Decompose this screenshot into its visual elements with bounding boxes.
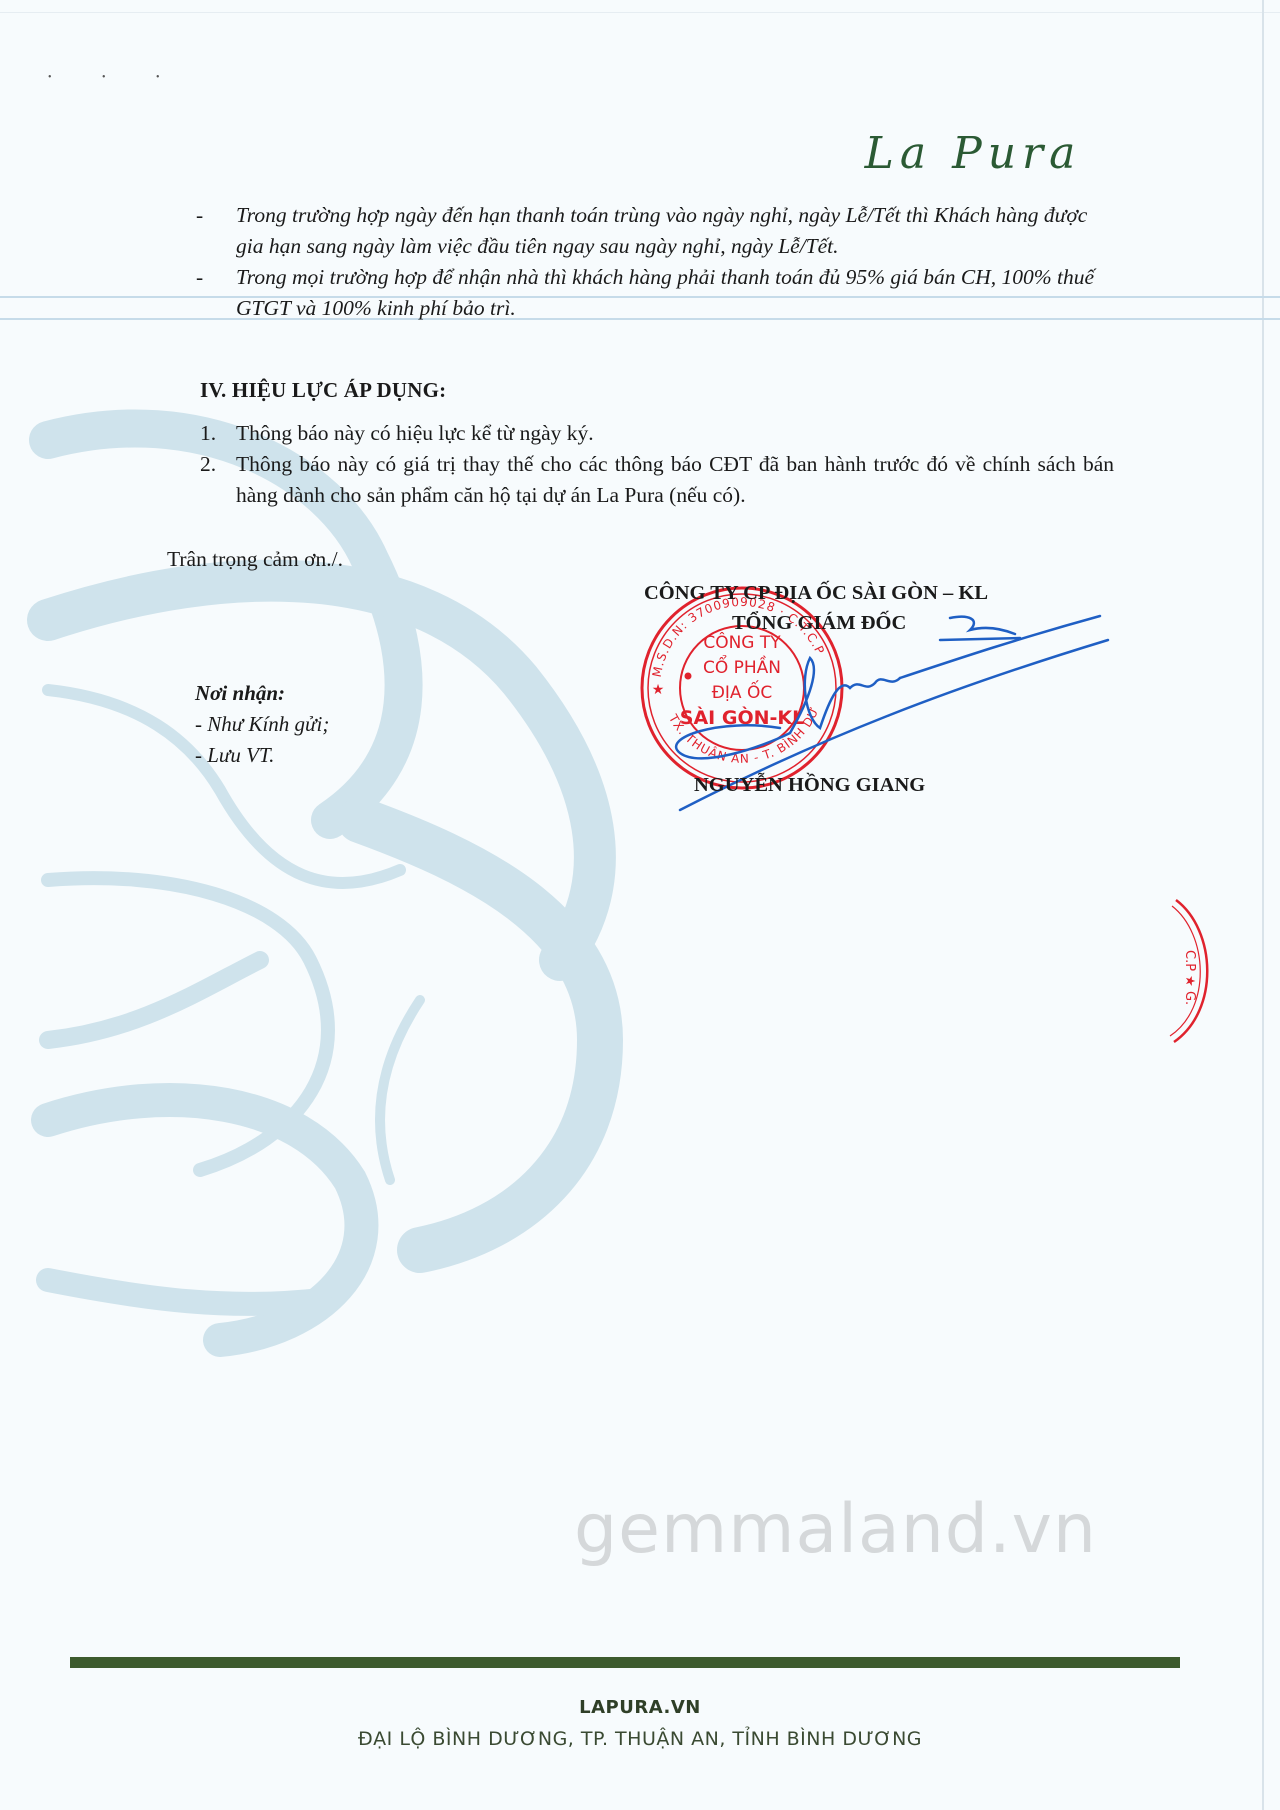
item-number: 2. [200, 449, 216, 480]
partial-stamp-text: C.P ★ G. [1182, 950, 1197, 1005]
payment-conditions-list: - Trong trường hợp ngày đến hạn thanh to… [196, 200, 1116, 324]
footer-divider-bar [70, 1657, 1180, 1668]
item-number: 1. [200, 418, 216, 449]
recipients-title: Nơi nhận: [195, 678, 329, 709]
list-item: - Trong mọi trường hợp để nhận nhà thì k… [196, 262, 1116, 324]
list-item: - Trong trường hợp ngày đến hạn thanh to… [196, 200, 1116, 262]
footer-address: ĐẠI LỘ BÌNH DƯƠNG, TP. THUẬN AN, TỈNH BÌ… [0, 1728, 1280, 1750]
scan-top-edge [0, 12, 1280, 13]
section-heading: IV. HIỆU LỰC ÁP DỤNG: [200, 378, 446, 403]
bullet-text: Trong trường hợp ngày đến hạn thanh toán… [236, 203, 1087, 258]
recipient-item: - Như Kính gửi; [195, 709, 329, 740]
signer-name: NGUYỄN HỒNG GIANG [694, 774, 925, 797]
scan-right-edge [1262, 0, 1264, 1810]
list-item: 2. Thông báo này có giá trị thay thế cho… [200, 449, 1114, 511]
document-page: • • • La Pura - Trong trường hợp ngày đế… [0, 0, 1280, 1810]
footer-website-link[interactable]: LAPURA.VN [0, 1697, 1280, 1718]
item-text: Thông báo này có giá trị thay thế cho cá… [236, 452, 1114, 507]
recipient-item: - Lưu VT. [195, 740, 329, 771]
closing-remark: Trân trọng cảm ơn./. [167, 547, 343, 572]
site-watermark: gemmaland.vn [574, 1490, 1097, 1569]
partial-seal-stamp: C.P ★ G. [1168, 890, 1258, 1050]
recipients-block: Nơi nhận: - Như Kính gửi; - Lưu VT. [195, 678, 329, 771]
logo-text: La Pura [848, 128, 1098, 179]
bullet-text: Trong mọi trường hợp để nhận nhà thì khá… [236, 265, 1094, 320]
la-pura-logo: La Pura [848, 128, 1098, 198]
list-item: 1. Thông báo này có hiệu lực kể từ ngày … [200, 418, 1114, 449]
bullet-dash: - [196, 262, 203, 293]
scan-specks: • • • [48, 72, 184, 83]
bullet-dash: - [196, 200, 203, 231]
effective-terms-list: 1. Thông báo này có hiệu lực kể từ ngày … [200, 418, 1114, 511]
item-text: Thông báo này có hiệu lực kể từ ngày ký. [236, 421, 594, 445]
